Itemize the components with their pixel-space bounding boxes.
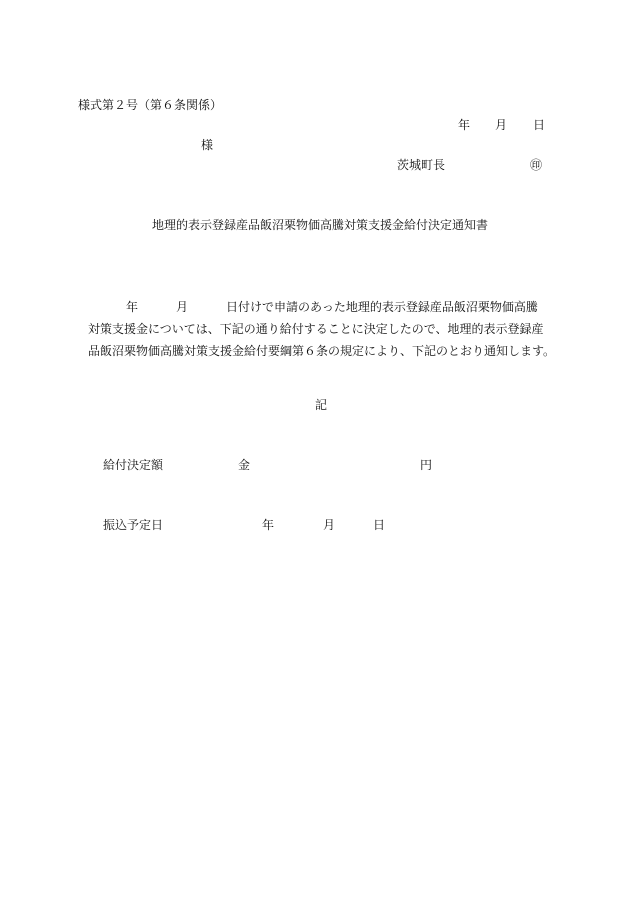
amount-unit: 円 [420, 458, 432, 472]
transfer-date-year: 年 [262, 518, 274, 532]
seal-mark: ㊞ [530, 158, 542, 172]
transfer-date-label: 振込予定日 [103, 518, 163, 532]
amount-prefix: 金 [238, 458, 250, 472]
body-month: 月 [176, 300, 188, 314]
transfer-date-day: 日 [373, 518, 385, 532]
form-number: 様式第２号（第６条関係） [78, 98, 222, 112]
body-paragraph: 年月日付けで申請のあった地理的表示登録産品飯沼栗物価高騰 対策支援金については、… [88, 296, 568, 362]
body-line-1: 年月日付けで申請のあった地理的表示登録産品飯沼栗物価高騰 [88, 296, 568, 318]
document-title: 地理的表示登録産品飯沼栗物価高騰対策支援金給付決定通知書 [152, 218, 488, 232]
date-year: 年 [458, 118, 470, 132]
date-month: 月 [495, 118, 507, 132]
ki-heading: 記 [315, 398, 327, 412]
body-line-3: 品飯沼栗物価高騰対策支援金給付要綱第６条の規定により、下記のとおり通知します。 [88, 340, 568, 362]
issuer: 茨城町長 [397, 158, 445, 172]
transfer-date-month: 月 [323, 518, 335, 532]
amount-label: 給付決定額 [103, 458, 163, 472]
addressee-suffix: 様 [201, 138, 213, 152]
body-line-1-text: 日付けで申請のあった地理的表示登録産品飯沼栗物価高騰 [226, 300, 538, 314]
date-day: 日 [533, 118, 545, 132]
body-line-2: 対策支援金については、下記の通り給付することに決定したので、地理的表示登録産 [88, 318, 568, 340]
body-year: 年 [126, 300, 138, 314]
